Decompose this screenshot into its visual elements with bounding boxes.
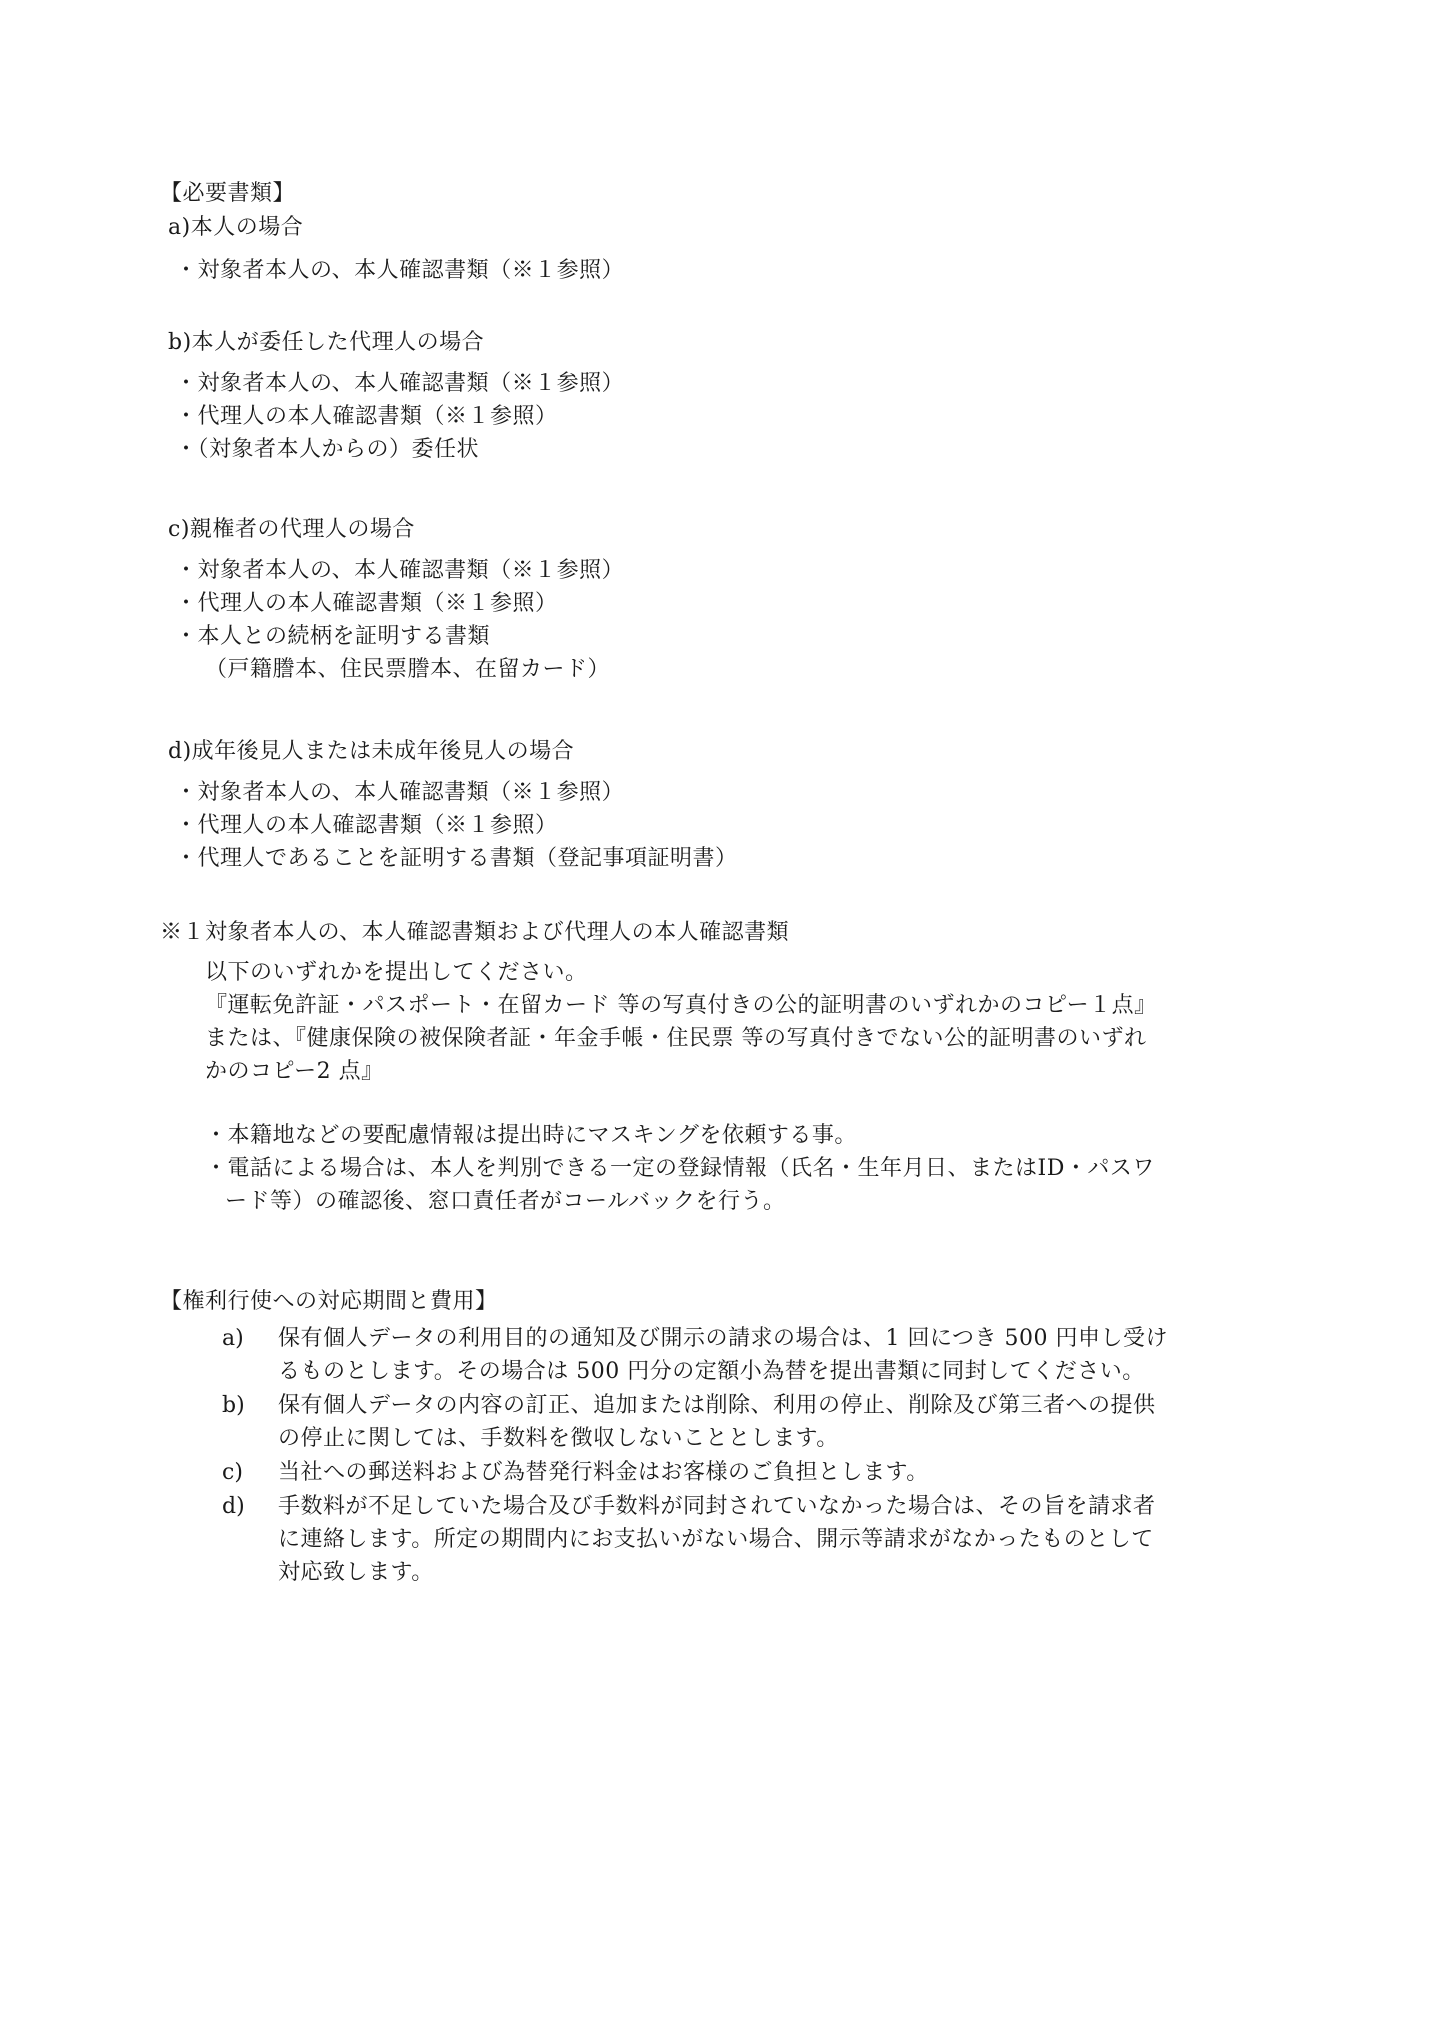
- list-item-detail: （戸籍謄本、住民票謄本、在留カード）: [205, 655, 610, 685]
- list-item: ・対象者本人の、本人確認書類（※１参照）: [175, 556, 624, 586]
- item-label: b): [222, 1389, 245, 1422]
- list-item: ・本人との続柄を証明する書類: [175, 622, 490, 652]
- section-heading: 【権利行使への対応期間と費用】: [160, 1287, 498, 1317]
- list-item: ・代理人の本人確認書類（※１参照）: [175, 589, 558, 619]
- list-item: ・代理人の本人確認書類（※１参照）: [175, 402, 558, 432]
- item-line: 対応致します。: [278, 1556, 1278, 1589]
- section-heading: 【必要書類】: [160, 179, 295, 209]
- list-item: ・対象者本人の、本人確認書類（※１参照）: [175, 369, 624, 399]
- item-label: d): [222, 1490, 245, 1523]
- list-item: ・対象者本人の、本人確認書類（※１参照）: [175, 778, 624, 808]
- item-line: 手数料が不足していた場合及び手数料が同封されていなかった場合は、その旨を請求者: [278, 1490, 1278, 1523]
- list-item: ・対象者本人の、本人確認書類（※１参照）: [175, 256, 624, 286]
- item-line: 保有個人データの利用目的の通知及び開示の請求の場合は、1 回につき 500 円申…: [278, 1322, 1278, 1355]
- item-line: の停止に関しては、手数料を徴収しないこととします。: [278, 1422, 1278, 1455]
- note-bullet: ・電話による場合は、本人を判別できる一定の登録情報（氏名・生年月日、またはID・…: [205, 1154, 1155, 1184]
- list-item: ・代理人の本人確認書類（※１参照）: [175, 811, 558, 841]
- note-line: かのコピー2 点』: [205, 1057, 384, 1087]
- note-title: ※１対象者本人の、本人確認書類および代理人の本人確認書類: [160, 918, 789, 948]
- item-line: 当社への郵送料および為替発行料金はお客様のご負担とします。: [278, 1456, 1278, 1489]
- note-bullet-continued: ード等）の確認後、窓口責任者がコールバックを行う。: [225, 1187, 786, 1217]
- case-title: b)本人が委任した代理人の場合: [168, 328, 484, 358]
- note-line: 以下のいずれかを提出してください。: [205, 958, 588, 988]
- note-bullet: ・本籍地などの要配慮情報は提出時にマスキングを依頼する事。: [205, 1121, 857, 1151]
- item-line: に連絡します。所定の期間内にお支払いがない場合、開示等請求がなかったものとして: [278, 1523, 1278, 1556]
- item-line: 保有個人データの内容の訂正、追加または削除、利用の停止、削除及び第三者への提供: [278, 1389, 1278, 1422]
- item-label: c): [222, 1456, 243, 1489]
- case-title: c)親権者の代理人の場合: [168, 515, 415, 545]
- item-line: るものとします。その場合は 500 円分の定額小為替を提出書類に同封してください…: [278, 1355, 1278, 1388]
- case-title: d)成年後見人または未成年後見人の場合: [168, 737, 574, 767]
- list-item: ・（対象者本人からの）委任状: [175, 435, 479, 465]
- note-line: または、『健康保険の被保険者証・年金手帳・住民票 等の写真付きでない公的証明書の…: [205, 1024, 1147, 1054]
- list-item: ・代理人であることを証明する書類（登記事項証明書）: [175, 844, 738, 874]
- note-line: 『運転免許証・パスポート・在留カード 等の写真付きの公的証明書のいずれかのコピー…: [205, 991, 1157, 1021]
- case-title: a)本人の場合: [168, 213, 303, 243]
- item-label: a): [222, 1322, 244, 1355]
